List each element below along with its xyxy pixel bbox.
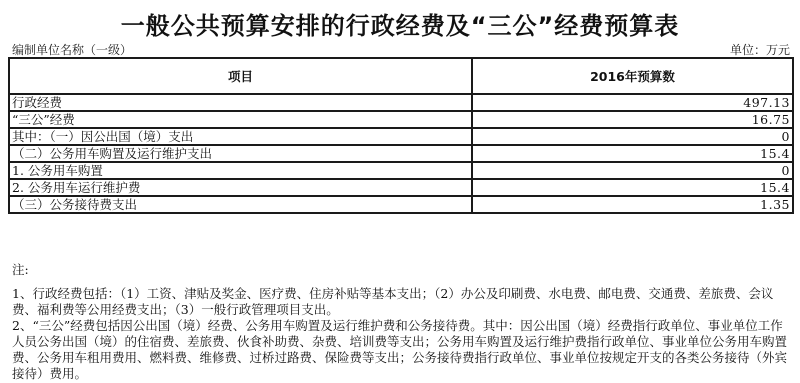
table-row: 行政经费 497.13 xyxy=(9,94,793,111)
row-label-vehicle-maintenance: 2. 公务用车运行维护费 xyxy=(9,179,472,196)
row-label-vehicle-purchase: 1. 公务用车购置 xyxy=(9,162,472,179)
row-label-three-public-expenses: “三公”经费 xyxy=(9,111,472,128)
note-2: 2、“三公”经费包括因公出国（境）经费、公务用车购置及运行维护费和公务接待费。其… xyxy=(12,318,792,382)
row-value-three-public-expenses: 16.75 xyxy=(472,111,793,128)
compiling-unit-label: 编制单位名称（一级） xyxy=(12,41,132,58)
row-value-overseas-travel: 0 xyxy=(472,128,793,145)
row-value-vehicle-purchase: 0 xyxy=(472,162,793,179)
row-value-official-reception: 1.35 xyxy=(472,196,793,213)
table-row: （二）公务用车购置及运行维护支出 15.4 xyxy=(9,145,793,162)
row-label-official-vehicles: （二）公务用车购置及运行维护支出 xyxy=(9,145,472,162)
note-1: 1、行政经费包括：（1）工资、津贴及奖金、医疗费、住房补贴等基本支出；（2）办公… xyxy=(12,286,792,318)
currency-unit-label: 单位：万元 xyxy=(730,41,790,58)
row-label-overseas-travel: 其中：（一）因公出国（境）支出 xyxy=(9,128,472,145)
table-row: 其中：（一）因公出国（境）支出 0 xyxy=(9,128,793,145)
budget-table: 项目 2016年预算数 行政经费 497.13 “三公”经费 16.75 其中：… xyxy=(8,57,794,214)
table-header-row: 项目 2016年预算数 xyxy=(9,58,793,94)
notes-heading: 注: xyxy=(12,262,792,278)
table-row: （三）公务接待费支出 1.35 xyxy=(9,196,793,213)
row-value-official-vehicles: 15.4 xyxy=(472,145,793,162)
notes-section: 注: 1、行政经费包括：（1）工资、津贴及奖金、医疗费、住房补贴等基本支出；（2… xyxy=(12,262,792,382)
table-row: 2. 公务用车运行维护费 15.4 xyxy=(9,179,793,196)
row-label-official-reception: （三）公务接待费支出 xyxy=(9,196,472,213)
row-value-admin-expenses: 497.13 xyxy=(472,94,793,111)
table-row: 1. 公务用车购置 0 xyxy=(9,162,793,179)
row-value-vehicle-maintenance: 15.4 xyxy=(472,179,793,196)
row-label-admin-expenses: 行政经费 xyxy=(9,94,472,111)
column-header-budget-2016: 2016年预算数 xyxy=(472,58,793,94)
page-title: 一般公共预算安排的行政经费及“三公”经费预算表 xyxy=(0,6,800,41)
column-header-item: 项目 xyxy=(9,58,472,94)
table-row: “三公”经费 16.75 xyxy=(9,111,793,128)
